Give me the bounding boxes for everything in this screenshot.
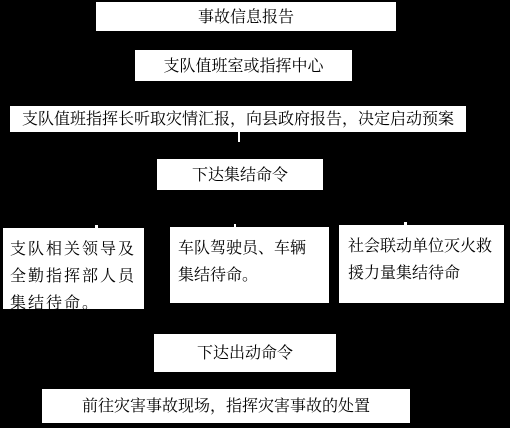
node-duty-room: 支队值班室或指挥中心 <box>135 50 352 81</box>
node-go-to-scene: 前往灾害事故现场，指挥灾害事故的处置 <box>42 389 410 423</box>
node-drivers-standby-line2: 集结待命。 <box>178 261 329 288</box>
node-leaders-standby: 支队相关领导及 全勤指挥部人员 集结待命。 <box>3 228 144 309</box>
node-dispatch-order: 下达出动命令 <box>154 334 336 372</box>
connector-stub-below-briefing <box>238 131 240 142</box>
node-assembly-order: 下达集结命令 <box>157 159 323 190</box>
node-drivers-standby-line1: 车队驾驶员、车辆 <box>178 234 329 261</box>
node-accident-info-report: 事故信息报告 <box>96 2 396 31</box>
node-commander-briefing: 支队值班指挥长听取灾情汇报，向县政府报告，决定启动预案 <box>10 106 466 132</box>
node-drivers-standby: 车队驾驶员、车辆 集结待命。 <box>170 227 329 303</box>
node-leaders-standby-line1: 支队相关领导及 <box>10 235 144 262</box>
node-leaders-standby-line2: 全勤指挥部人员 <box>10 262 144 289</box>
node-social-units-standby-line2: 援力量集结待命 <box>348 259 504 286</box>
node-leaders-standby-line3: 集结待命。 <box>10 289 144 316</box>
node-social-units-standby: 社会联动单位灭火救 援力量集结待命 <box>339 225 504 303</box>
node-social-units-standby-line1: 社会联动单位灭火救 <box>348 232 504 259</box>
flowchart-canvas: 事故信息报告 支队值班室或指挥中心 支队值班指挥长听取灾情汇报，向县政府报告，决… <box>0 0 510 428</box>
